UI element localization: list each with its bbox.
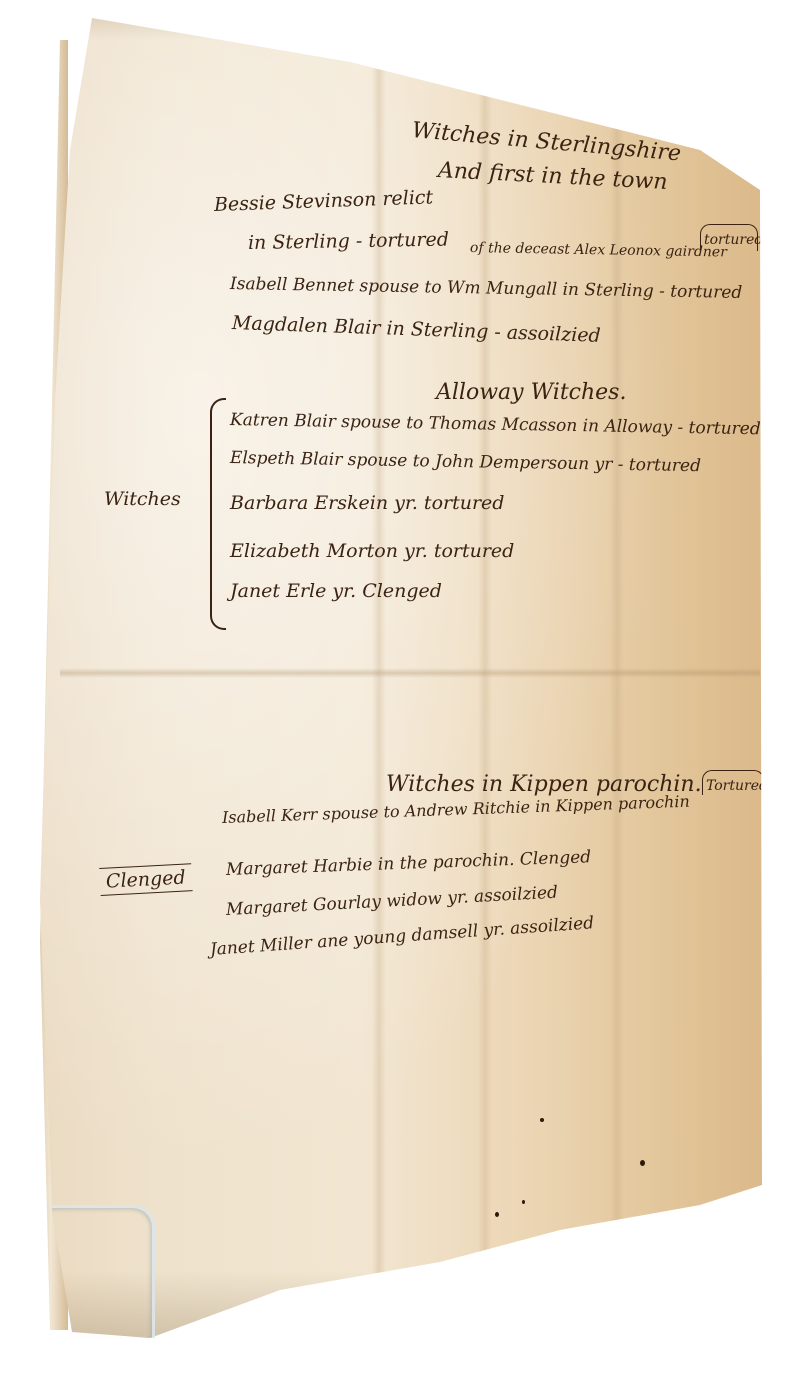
manuscript-page: Witches in Sterlingshire And first in th… [0, 0, 800, 1380]
entry-line: Magdalen Blair in Sterling - assoilzied [232, 312, 601, 347]
margin-note-right: Tortured [706, 778, 768, 794]
clear-mount-clip [52, 1205, 155, 1338]
margin-note-left: Clenged [99, 863, 192, 896]
photo-stage: Witches in Sterlingshire And first in th… [0, 0, 800, 1380]
vertical-fold-crease [610, 40, 624, 1300]
entry-line: Elspeth Blair spouse to John Dempersoun … [230, 448, 701, 476]
entry-line: Margaret Gourlay widow yr. assoilzied [225, 883, 558, 920]
ink-spot [540, 1118, 544, 1122]
entry-line-continuation: of the deceast Alex Leonox gairdner [470, 240, 727, 260]
vertical-fold-crease [478, 40, 492, 1300]
bracket-label: Witches [104, 488, 181, 510]
entry-line: Janet Erle yr. Clenged [230, 580, 442, 602]
entry-line: Elizabeth Morton yr. tortured [230, 540, 514, 562]
section-2-heading: Alloway Witches. [436, 380, 626, 405]
entry-line: Barbara Erskein yr. tortured [230, 492, 504, 514]
ink-spot [495, 1212, 499, 1217]
entry-line: Margaret Harbie in the parochin. Clenged [226, 847, 592, 880]
margin-note: tortured [704, 232, 763, 248]
entry-line: Katren Blair spouse to Thomas Mcasson in… [230, 410, 761, 439]
section-1-heading-line-2: And first in the town [437, 158, 668, 195]
entry-line: in Sterling - tortured [248, 228, 449, 254]
brace [210, 398, 226, 630]
ink-spot [640, 1160, 645, 1166]
entry-line: Janet Miller ane young damsell yr. assoi… [209, 913, 594, 960]
entry-line: Bessie Stevinson relict [214, 186, 434, 216]
horizontal-fold-crease [60, 668, 760, 678]
ink-spot [522, 1200, 525, 1204]
